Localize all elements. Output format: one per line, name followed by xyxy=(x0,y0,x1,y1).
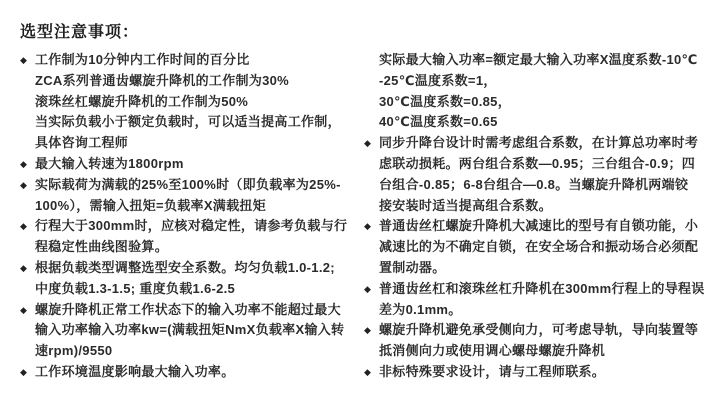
diamond-bullet-icon: ◆ xyxy=(20,300,35,321)
diamond-bullet-icon: ◆ xyxy=(364,216,379,237)
left-column: ◆工作制为10分钟内工作时间的百分比 ZCA系列普通齿螺旋升降机的工作制为30%… xyxy=(20,50,362,383)
list-item-text: 行程大于300mm时，应核对稳定性，请参考负载与行 程稳定性曲线图验算。 xyxy=(35,216,362,258)
list-item-text: 螺旋升降机避免承受侧向力，可考虑导轨，导向装置等 抵消侧向力或使用调心螺母螺旋升… xyxy=(379,320,712,362)
list-item: ◆工作环境温度影响最大输入功率。 xyxy=(20,362,362,383)
diamond-bullet-icon: ◆ xyxy=(20,258,35,279)
list-item-text: 工作环境温度影响最大输入功率。 xyxy=(35,362,362,383)
page: 选型注意事项： ◆工作制为10分钟内工作时间的百分比 ZCA系列普通齿螺旋升降机… xyxy=(0,0,716,397)
list-item: ◆螺旋升降机避免承受侧向力，可考虑导轨，导向装置等 抵消侧向力或使用调心螺母螺旋… xyxy=(364,320,712,362)
list-item-text: 工作制为10分钟内工作时间的百分比 ZCA系列普通齿螺旋升降机的工作制为30% … xyxy=(35,50,362,154)
list-item-text: 实际最大输入功率=额定最大输入功率X温度系数-10℃ -25℃温度系数=1， 3… xyxy=(379,50,712,133)
list-item: ◆工作制为10分钟内工作时间的百分比 ZCA系列普通齿螺旋升降机的工作制为30%… xyxy=(20,50,362,154)
list-item-text: 非标特殊要求设计，请与工程师联系。 xyxy=(379,362,712,383)
list-item-text: 实际载荷为满载的25%至100%时（即负载率为25%- 100%），需输入扭矩=… xyxy=(35,175,362,217)
page-title: 选型注意事项： xyxy=(20,19,139,42)
diamond-bullet-icon: ◆ xyxy=(20,50,35,71)
list-item-text: 根据负载类型调整选型安全系数。均匀负载1.0-1.2; 中度负载1.3-1.5;… xyxy=(35,258,362,300)
list-item-text: 螺旋升降机正常工作状态下的输入功率不能超过最大 输入功率输入功率kw=(满载扭矩… xyxy=(35,300,362,362)
diamond-bullet-icon: ◆ xyxy=(364,279,379,300)
list-item: ◆普通齿丝杠和滚珠丝杠升降机在300mm行程上的导程误 差为0.1mm。 xyxy=(364,279,712,321)
right-column: ◆实际最大输入功率=额定最大输入功率X温度系数-10℃ -25℃温度系数=1， … xyxy=(364,50,712,383)
list-item: ◆非标特殊要求设计，请与工程师联系。 xyxy=(364,362,712,383)
list-item: ◆最大输入转速为1800rpm xyxy=(20,154,362,175)
list-item: ◆普通齿丝杠螺旋升降机大减速比的型号有自锁功能，小 减速比的为不确定自锁，在安全… xyxy=(364,216,712,278)
list-item-text: 普通齿丝杠和滚珠丝杠升降机在300mm行程上的导程误 差为0.1mm。 xyxy=(379,279,712,321)
diamond-bullet-icon: ◆ xyxy=(364,320,379,341)
list-item: ◆同步升降台设计时需考虑组合系数，在计算总功率时考 虑联动损耗。两台组合系数—0… xyxy=(364,133,712,216)
list-item: ◆根据负载类型调整选型安全系数。均匀负载1.0-1.2; 中度负载1.3-1.5… xyxy=(20,258,362,300)
list-item: ◆实际载荷为满载的25%至100%时（即负载率为25%- 100%），需输入扭矩… xyxy=(20,175,362,217)
diamond-bullet-icon: ◆ xyxy=(364,362,379,383)
diamond-bullet-icon: ◆ xyxy=(20,175,35,196)
list-item: ◆行程大于300mm时，应核对稳定性，请参考负载与行 程稳定性曲线图验算。 xyxy=(20,216,362,258)
diamond-bullet-icon: ◆ xyxy=(20,362,35,383)
list-item: ◆螺旋升降机正常工作状态下的输入功率不能超过最大 输入功率输入功率kw=(满载扭… xyxy=(20,300,362,362)
list-item-text: 最大输入转速为1800rpm xyxy=(35,154,362,175)
diamond-bullet-icon: ◆ xyxy=(20,216,35,237)
diamond-bullet-icon: ◆ xyxy=(364,133,379,154)
list-item: ◆实际最大输入功率=额定最大输入功率X温度系数-10℃ -25℃温度系数=1， … xyxy=(364,50,712,133)
list-item-text: 普通齿丝杠螺旋升降机大减速比的型号有自锁功能，小 减速比的为不确定自锁，在安全场… xyxy=(379,216,712,278)
list-item-text: 同步升降台设计时需考虑组合系数，在计算总功率时考 虑联动损耗。两台组合系数—0.… xyxy=(379,133,712,216)
diamond-bullet-icon: ◆ xyxy=(20,154,35,175)
